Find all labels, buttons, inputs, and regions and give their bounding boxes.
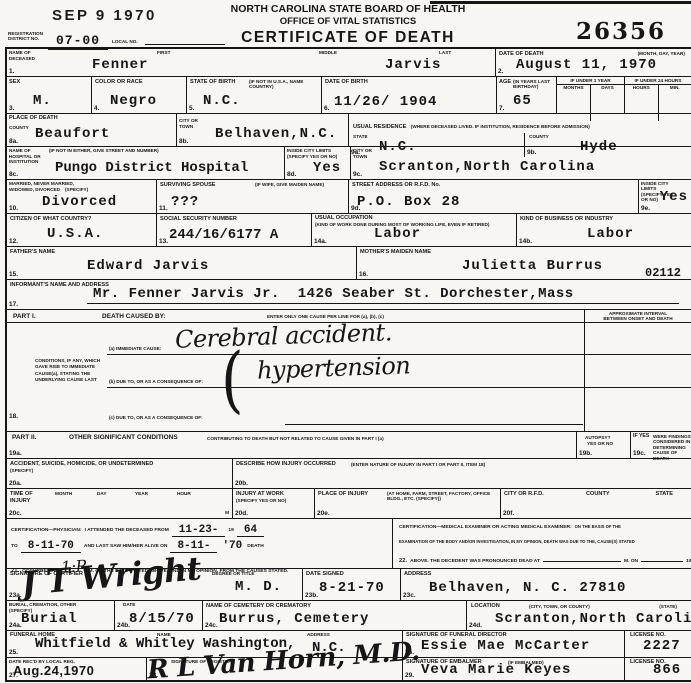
- industry-value: Labor: [587, 226, 634, 242]
- item-9c: 9c.: [353, 171, 362, 178]
- field-embalmer-signature: SIGNATURE OF EMBALMER (IF EMBALMED) 29. …: [403, 658, 625, 680]
- row-place-of-death: PLACE OF DEATH COUNTY 8a. Beaufort CITY …: [7, 114, 691, 147]
- item-24a: 24a.: [9, 622, 22, 629]
- row-registrar: DATE REC'D BY LOCAL REG. 27. Aug.24,1970…: [7, 658, 691, 682]
- pronounced-at-blank: [543, 556, 621, 562]
- mother-value: Julietta Burrus: [462, 258, 603, 274]
- med-cert-title: CERTIFICATION—MEDICAL EXAMINER OR ACTING…: [399, 525, 572, 530]
- residence-header-sublabel: (WHERE DECEASED LIVED. IF INSTITUTION, R…: [411, 124, 590, 129]
- spouse-sublabel: (IF WIFE, GIVE MAIDEN NAME): [255, 182, 324, 187]
- item-5: 5.: [189, 105, 194, 112]
- place-of-death-header: PLACE OF DEATH: [9, 115, 58, 122]
- field-if-under-1-year: IF UNDER 1 YEAR MONTHS DAYS: [557, 77, 625, 113]
- header-block: NORTH CAROLINA STATE BOARD OF HEALTH OFF…: [198, 3, 498, 47]
- location-sublabel-1: (CITY, TOWN, OR COUNTY): [529, 604, 590, 609]
- field-pod-city: CITY OR TOWN 8b. Belhaven,N.C.: [177, 114, 349, 146]
- part1-interval-column: APPROXIMATE INTERVAL BETWEEN ONSET AND D…: [585, 310, 691, 431]
- field-date-of-death: DATE OF DEATH (MONTH, DAY, YEAR) 2. Augu…: [496, 49, 691, 76]
- part1-label: PART I.: [13, 313, 36, 320]
- how-injury-note: (ENTER NATURE OF INJURY IN PART I OR PAR…: [351, 462, 485, 467]
- middle-label: MIDDLE: [319, 50, 337, 55]
- sex-value: M.: [33, 93, 52, 109]
- item-23a: 23a.: [9, 592, 22, 599]
- field-surviving-spouse: SURVIVING SPOUSE (IF WIFE, GIVE MAIDEN N…: [157, 180, 349, 213]
- item-20a: 20a.: [9, 480, 22, 487]
- age-label: AGE: [499, 79, 511, 86]
- field-cemetery: NAME OF CEMETERY OR CREMATORY 24c. Burru…: [203, 601, 467, 630]
- other-conditions-note: CONTRIBUTING TO DEATH BUT NOT RELATED TO…: [207, 436, 384, 441]
- field-residence-inside-city-limits: INSIDE CITY LIMITS (SPECIFY YES OR NO) 9…: [639, 180, 691, 213]
- group-usual-residence: USUAL RESIDENCE (WHERE DECEASED LIVED. I…: [349, 114, 691, 146]
- under1-label: IF UNDER 1 YEAR: [557, 77, 624, 85]
- age-sublabel: (IN YEARS LAST BIRTHDAY): [513, 79, 553, 90]
- interval-label-2: BETWEEN ONSET AND DEATH: [585, 316, 691, 321]
- dob-label: DATE OF BIRTH: [325, 79, 368, 86]
- residence-header-label: USUAL RESIDENCE: [353, 124, 406, 130]
- row-disposition: BURIAL, CREMATION, OTHER (SPECIFY) 24a. …: [7, 601, 691, 631]
- field-industry: KIND OF BUSINESS OR INDUSTRY 14b. Labor: [517, 214, 691, 246]
- name-label-1: NAME OF: [9, 50, 31, 55]
- field-date-signed: DATE SIGNED 23b. 8-21-70: [303, 569, 401, 600]
- interval-line-a: [585, 354, 691, 355]
- board-name: NORTH CAROLINA STATE BOARD OF HEALTH: [198, 3, 498, 15]
- first-label: FIRST: [157, 50, 171, 55]
- field-other-conditions: PART II. OTHER SIGNIFICANT CONDITIONS CO…: [7, 432, 577, 458]
- item-25: 25.: [9, 649, 18, 656]
- dod-value: August 11, 1970: [516, 57, 657, 73]
- am-pm-m-label: M: [225, 510, 229, 515]
- interval-line-b: [585, 387, 691, 388]
- race-label: COLOR OR RACE: [95, 79, 143, 86]
- month-label: MONTH: [55, 491, 72, 496]
- field-time-of-injury: TIME OF INJURY MONTH DAY YEAR HOUR 20c. …: [7, 489, 233, 518]
- occupation-value: Labor: [374, 226, 421, 242]
- item-2: 2.: [498, 68, 503, 75]
- injury-county-label: COUNTY: [586, 491, 610, 498]
- field-street-address: STREET ADDRESS OR R.F.D. No. 9d. P.O. Bo…: [349, 180, 639, 213]
- dob-value: 11/26/ 1904: [334, 94, 437, 110]
- ssn-value: 244/16/6177 A: [169, 227, 278, 243]
- first-name-value: Fenner: [92, 57, 148, 73]
- certificate-number: 26356: [576, 18, 666, 45]
- item-19c: 19c.: [633, 450, 646, 457]
- row-hospital: NAME OF HOSPITAL OR INSTITUTION (IF NOT …: [7, 147, 691, 180]
- field-how-injury-occurred: DESCRIBE HOW INJURY OCCURRED (ENTER NATU…: [233, 459, 691, 488]
- birth-state-sublabel: (IF NOT IN U.S.A., NAME COUNTRY): [249, 79, 317, 90]
- field-pod-county: PLACE OF DEATH COUNTY 8a. Beaufort: [7, 114, 177, 146]
- mother-label: MOTHER'S MAIDEN NAME: [360, 249, 431, 256]
- item-12: 12.: [9, 238, 18, 245]
- degree-value: M. D.: [235, 579, 282, 595]
- year-label: YEAR: [135, 491, 148, 496]
- cemetery-label: NAME OF CEMETERY OR CREMATORY: [206, 603, 311, 610]
- cemetery-value: Burrus, Cemetery: [219, 611, 369, 627]
- row-accident: ACCIDENT, SUICIDE, HOMICIDE, OR UNDETERM…: [7, 459, 691, 489]
- marital-sublabel: (SPECIFY): [65, 187, 88, 192]
- injury-city-label: CITY OR R.F.D.: [504, 491, 544, 498]
- field-certifier-signature: SIGNATURE OF CERTIFIER DEGREE OR TITLE 2…: [7, 569, 303, 600]
- part1-main: PART I. DEATH CAUSED BY: ENTER ONLY ONE …: [7, 310, 585, 431]
- hour-label: HOUR: [177, 491, 191, 496]
- med-m-on-label: M. ON: [624, 559, 638, 564]
- field-place-of-injury: PLACE OF INJURY (AT HOME, FARM, STREET, …: [315, 489, 501, 518]
- item-20e: 20e.: [317, 510, 330, 517]
- ifyes-label: IF YES: [633, 434, 649, 440]
- pod-city-value: Belhaven,N.C.: [215, 126, 337, 142]
- field-disposition-date: DATE 24b. 8/15/70: [115, 601, 203, 630]
- how-injury-label: DESCRIBE HOW INJURY OCCURRED: [236, 461, 336, 468]
- due-to-b-label: (b) DUE TO, OR AS A CONSEQUENCE OF:: [109, 379, 203, 384]
- field-informant: INFORMANT'S NAME AND ADDRESS 17. Mr. Fen…: [7, 280, 691, 309]
- pod-city-label-1: CITY OR: [179, 118, 198, 123]
- item-8c: 8c.: [9, 171, 18, 178]
- interval-header: APPROXIMATE INTERVAL BETWEEN ONSET AND D…: [585, 310, 691, 323]
- field-race: COLOR OR RACE 4. Negro: [92, 77, 187, 113]
- item-23c: 23c.: [403, 592, 416, 599]
- field-disposition-type: BURIAL, CREMATION, OTHER (SPECIFY) 24a. …: [7, 601, 115, 630]
- citizen-value: U.S.A.: [47, 226, 103, 242]
- row-vitals: SEX 3. M. COLOR OR RACE 4. Negro STATE O…: [7, 77, 691, 114]
- injury-at-work-label: INJURY AT WORK: [236, 491, 284, 498]
- residence-state-label: STATE: [353, 134, 368, 139]
- father-label: FATHER'S NAME: [10, 249, 55, 256]
- item-15: 15.: [9, 271, 18, 278]
- marital-value: Divorced: [42, 194, 117, 210]
- field-residence-city: CITY OR TOWN 9c. Scranton,North Carolina: [351, 147, 691, 179]
- residence-header: USUAL RESIDENCE (WHERE DECEASED LIVED. I…: [349, 114, 691, 133]
- field-director-license: LICENSE NO. 2227: [625, 631, 691, 657]
- med-cert-note2: EXAMINATION OF THE BODY AND/OR INVESTIGA…: [399, 539, 635, 544]
- location-label: LOCATION: [471, 603, 500, 610]
- item-8b: 8b.: [179, 138, 188, 145]
- item-22: 22.: [399, 558, 407, 564]
- brace-glyph: (: [221, 343, 244, 416]
- field-accident-type: ACCIDENT, SUICIDE, HOMICIDE, OR UNDETERM…: [7, 459, 233, 488]
- race-value: Negro: [110, 93, 157, 109]
- item-20c: 20c.: [9, 510, 22, 517]
- day-label: DAY: [97, 491, 106, 496]
- row-part2: PART II. OTHER SIGNIFICANT CONDITIONS CO…: [7, 432, 691, 459]
- pod-icl-value: Yes: [313, 160, 341, 176]
- phys-cert-line1: I ATTENDED THE DECEASED FROM: [85, 528, 169, 533]
- item-8a: 8a.: [9, 138, 18, 145]
- hospital-sublabel: (IF NOT IN EITHER, GIVE STREET AND NUMBE…: [49, 148, 159, 153]
- under24-label: IF UNDER 24 HOURS: [625, 77, 691, 85]
- field-hospital: NAME OF HOSPITAL OR INSTITUTION (IF NOT …: [7, 147, 285, 179]
- field-embalmer-license: LICENSE NO. 866: [625, 658, 691, 680]
- accident-sublabel: (SPECIFY): [10, 468, 33, 473]
- item-24d: 24d.: [469, 622, 482, 629]
- autopsy-label: AUTOPSY?: [585, 435, 610, 440]
- funeral-director-value: Essie Mae McCarter: [421, 638, 590, 654]
- embalmer-value: Veva Marie Keyes: [421, 662, 571, 678]
- industry-label: KIND OF BUSINESS OR INDUSTRY: [520, 216, 613, 223]
- field-injury-location: CITY OR R.F.D. COUNTY STATE 20f.: [501, 489, 691, 518]
- med-19-label: 19: [686, 559, 691, 564]
- marital-label-1: MARRIED, NEVER MARRIED,: [9, 181, 74, 186]
- pod-city-label-2: TOWN: [179, 124, 193, 129]
- item-3: 3.: [9, 105, 14, 112]
- last-label: LAST: [439, 50, 451, 55]
- field-citizen: CITIZEN OF WHAT COUNTRY? 12. U.S.A.: [7, 214, 157, 246]
- field-medical-examiner-certification: CERTIFICATION—MEDICAL EXAMINER OR ACTING…: [393, 519, 691, 568]
- marital-label-2: WIDOWED, DIVORCED: [9, 187, 60, 192]
- row-certifier-signature: SIGNATURE OF CERTIFIER DEGREE OR TITLE 2…: [7, 569, 691, 601]
- field-mother: MOTHER'S MAIDEN NAME 16. Julietta Burrus: [357, 247, 691, 279]
- item-1: 1.: [9, 68, 14, 75]
- field-age: AGE (IN YEARS LAST BIRTHDAY) 7. 65: [497, 77, 557, 113]
- item-9e: 9e.: [641, 205, 650, 212]
- location-sublabel-2: (STATE): [659, 604, 677, 609]
- item-23b: 23b.: [305, 592, 318, 599]
- hospital-label-3: INSTITUTION: [9, 159, 38, 164]
- field-occupation: USUAL OCCUPATION (KIND OF WORK DONE DURI…: [312, 214, 517, 246]
- conditions-note: CONDITIONS, IF ANY, WHICH GAVE RISE TO I…: [35, 358, 111, 383]
- director-license-value: 2227: [643, 638, 681, 654]
- citizen-label: CITIZEN OF WHAT COUNTRY?: [10, 216, 91, 223]
- phys-cert-title: CERTIFICATION—PHYSICIAN:: [11, 528, 82, 533]
- residence-city-value: Scranton,North Carolina: [379, 159, 595, 175]
- item-20f: 20f.: [503, 510, 514, 517]
- death-caused-by-label: DEATH CAUSED BY:: [102, 313, 166, 320]
- address-label: ADDRESS: [404, 571, 431, 578]
- pod-icl-sublabel: (SPECIFY YES OR NO): [287, 154, 337, 159]
- item-7: 7.: [499, 105, 504, 112]
- field-disposition-location: LOCATION (CITY, TOWN, OR COUNTY) (STATE)…: [467, 601, 691, 630]
- date-signed-value: 8-21-70: [319, 580, 385, 596]
- item-20d: 20d.: [235, 510, 248, 517]
- item-16: 16.: [359, 271, 368, 278]
- item-6: 6.: [324, 105, 329, 112]
- place-of-injury-sublabel: (AT HOME, FARM, STREET, FACTORY, OFFICE …: [387, 491, 495, 502]
- last-name-value: Jarvis: [385, 57, 441, 73]
- item-10: 10.: [9, 205, 18, 212]
- office-name: OFFICE OF VITAL STATISTICS: [198, 16, 498, 27]
- injury-at-work-sublabel: (SPECIFY YES OR NO): [236, 498, 286, 503]
- field-marital-status: MARRIED, NEVER MARRIED, WIDOWED, DIVORCE…: [7, 180, 157, 213]
- item-19b: 19b.: [579, 450, 592, 457]
- accident-label: ACCIDENT, SUICIDE, HOMICIDE, OR UNDETERM…: [10, 461, 153, 468]
- ifyes-note: WERE FINDINGS CONSIDERED IN DETERMINING …: [653, 434, 691, 461]
- row-parents: FATHER'S NAME 15. Edward Jarvis MOTHER'S…: [7, 247, 691, 280]
- funeral-address-sublabel: ADDRESS: [307, 632, 330, 637]
- residence-city-label-2: TOWN: [353, 154, 367, 159]
- time-of-injury-label-2: INJURY: [10, 498, 30, 505]
- ssn-label: SOCIAL SECURITY NUMBER: [160, 216, 237, 223]
- occupation-label: USUAL OCCUPATION: [315, 215, 373, 222]
- father-value: Edward Jarvis: [87, 258, 209, 274]
- item-14b: 14b.: [519, 238, 532, 245]
- pod-county-label: COUNTY: [9, 125, 29, 130]
- name-label-2: DECEASED: [9, 56, 35, 61]
- injury-state-label: STATE: [655, 491, 673, 498]
- birth-state-value: N.C.: [203, 93, 241, 109]
- field-date-received: DATE REC'D BY LOCAL REG. 27. Aug.24,1970: [7, 658, 147, 680]
- disposition-type-value: Burial: [21, 611, 77, 627]
- margin-code: 02112: [645, 266, 681, 280]
- field-funeral-director: SIGNATURE OF FUNERAL DIRECTOR 26. Essie …: [403, 631, 625, 657]
- immediate-cause-value: Cerebral accident.: [175, 318, 393, 354]
- row-name: NAME OF DECEASED FIRST MIDDLE LAST 1. Fe…: [7, 49, 691, 77]
- item-4: 4.: [94, 105, 99, 112]
- local-no-label: LOCAL NO.: [112, 39, 138, 44]
- item-20b: 20b.: [235, 480, 248, 487]
- death-word-label: DEATH: [247, 544, 263, 549]
- disposition-date-label: DATE: [123, 602, 135, 607]
- sex-label: SEX: [9, 79, 20, 86]
- birth-state-label: STATE OF BIRTH: [190, 79, 235, 86]
- address-value: Belhaven, N. C. 27810: [429, 580, 626, 596]
- item-18: 18.: [9, 413, 18, 420]
- certificate-title: CERTIFICATE OF DEATH: [198, 29, 498, 47]
- local-no-blank: [145, 44, 225, 45]
- phys-cert-line2: AND LAST SAW HIM/HER ALIVE ON: [84, 544, 168, 549]
- autopsy-sublabel: YES OR NO: [587, 441, 613, 446]
- street-label: STREET ADDRESS OR R.F.D. No.: [352, 182, 440, 189]
- med-cert-note1: ON THE BASIS OF THE: [575, 524, 621, 529]
- date-received-stamp: Aug.24,1970: [13, 663, 94, 678]
- spouse-value: ???: [171, 194, 199, 210]
- last-alive-year: '70: [220, 540, 244, 552]
- degree-label: DEGREE OR TITLE: [212, 571, 254, 576]
- item-11: 11.: [159, 205, 168, 212]
- field-state-of-birth: STATE OF BIRTH (IF NOT IN U.S.A., NAME C…: [187, 77, 322, 113]
- pod-county-value: Beaufort: [35, 126, 110, 142]
- spouse-label: SURVIVING SPOUSE: [160, 182, 216, 189]
- part2-label: PART II.: [12, 434, 36, 441]
- location-value: Scranton,North Carolina: [495, 611, 691, 627]
- row-injury-time: TIME OF INJURY MONTH DAY YEAR HOUR 20c. …: [7, 489, 691, 519]
- med-cert-line3: ABOVE. THE DECEDENT WAS PRONOUNCED DEAD …: [410, 559, 540, 564]
- disposition-date-value: 8/15/70: [129, 611, 195, 627]
- field-ssn: SOCIAL SECURITY NUMBER 13. 244/16/6177 A: [157, 214, 312, 246]
- field-registrar-signature: SIGNATURE OF REGISTRAR 28. R L Van Horn,…: [147, 658, 403, 680]
- year-19-label: 19: [228, 528, 233, 533]
- death-certificate-scan: { "colors":{"paper":"#f7f6f3","ink":"#16…: [0, 0, 691, 683]
- age-value: 65: [513, 93, 532, 109]
- attended-to-value: 8-11-70: [21, 540, 81, 553]
- field-date-of-birth: DATE OF BIRTH 6. 11/26/ 1904: [322, 77, 497, 113]
- informant-underline: [87, 303, 679, 304]
- residence-county-label: COUNTY: [529, 134, 549, 139]
- registration-district: REGISTRATION DISTRICT NO.: [8, 31, 43, 42]
- field-injury-at-work: INJURY AT WORK (SPECIFY YES OR NO) 20d.: [233, 489, 315, 518]
- item-13: 13.: [159, 238, 168, 245]
- certificate-form: NAME OF DECEASED FIRST MIDDLE LAST 1. Fe…: [5, 47, 691, 682]
- registration-label-2: DISTRICT NO.: [8, 36, 43, 41]
- field-autopsy-findings: IF YES WERE FINDINGS CONSIDERED IN DETER…: [631, 432, 691, 458]
- received-date-stamp: SEP 9 1970: [52, 7, 157, 24]
- attended-from-year: 64: [237, 524, 264, 537]
- attended-to-label: TO: [11, 544, 18, 549]
- cause-b-underline: [107, 387, 584, 388]
- item-19a: 19a.: [9, 450, 22, 457]
- field-pod-inside-city-limits: INSIDE CITY LIMITS (SPECIFY YES OR NO) 8…: [285, 147, 351, 179]
- street-value: P.O. Box 28: [357, 194, 460, 210]
- informant-value: Mr. Fenner Jarvis Jr. 1426 Seaber St. Do…: [93, 286, 574, 302]
- field-autopsy: AUTOPSY? YES OR NO 19b.: [577, 432, 631, 458]
- field-if-under-24-hours: IF UNDER 24 HOURS HOURS MIN.: [625, 77, 691, 113]
- dod-sublabel: (MONTH, DAY, YEAR): [638, 51, 685, 56]
- time-of-injury-label-1: TIME OF: [10, 491, 33, 498]
- row-citizen: CITIZEN OF WHAT COUNTRY? 12. U.S.A. SOCI…: [7, 214, 691, 247]
- embalmer-license-value: 866: [653, 662, 681, 678]
- item-14a: 14a.: [314, 238, 327, 245]
- row-part1: PART I. DEATH CAUSED BY: ENTER ONLY ONE …: [7, 310, 691, 432]
- place-of-injury-label: PLACE OF INJURY: [318, 491, 368, 498]
- date-signed-label: DATE SIGNED: [306, 571, 344, 578]
- field-sex: SEX 3. M.: [7, 77, 92, 113]
- pronounced-on-blank: [641, 556, 683, 562]
- due-to-c-label: (c) DUE TO, OR AS A CONSEQUENCE OF:: [109, 415, 203, 420]
- field-father: FATHER'S NAME 15. Edward Jarvis: [7, 247, 357, 279]
- item-17: 17.: [9, 301, 18, 308]
- attended-from-value: 11-23-: [172, 524, 226, 537]
- due-to-b-value: hypertension: [257, 351, 411, 384]
- item-8d: 8d.: [287, 171, 296, 178]
- item-29: 29.: [405, 672, 414, 679]
- hospital-value: Pungo District Hospital: [55, 160, 248, 176]
- other-conditions-label: OTHER SIGNIFICANT CONDITIONS: [69, 434, 178, 441]
- row-informant: INFORMANT'S NAME AND ADDRESS 17. Mr. Fen…: [7, 280, 691, 310]
- field-name-of-deceased: NAME OF DECEASED FIRST MIDDLE LAST 1. Fe…: [7, 49, 496, 76]
- item-24c: 24c.: [205, 622, 218, 629]
- cause-c-underline: [285, 424, 583, 425]
- residence-icl-value: Yes: [660, 189, 688, 205]
- immediate-cause-label: (a) IMMEDIATE CAUSE:: [109, 346, 161, 351]
- field-certifier-address: ADDRESS 23c. Belhaven, N. C. 27810: [401, 569, 691, 600]
- row-marital: MARRIED, NEVER MARRIED, WIDOWED, DIVORCE…: [7, 180, 691, 214]
